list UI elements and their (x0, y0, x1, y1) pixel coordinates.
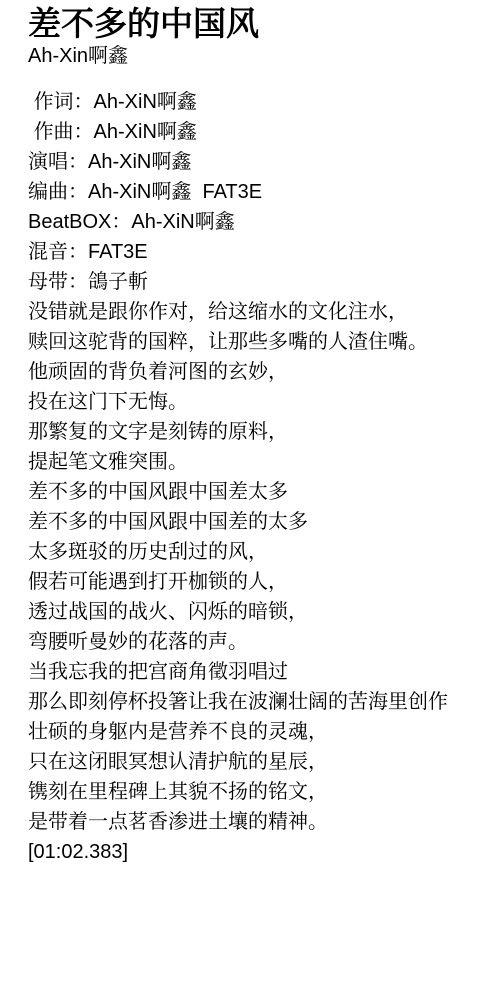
lyric-line: 母带：鴿子斬 (28, 267, 480, 297)
lyric-line: 作词：Ah-XiN啊鑫 (28, 87, 480, 117)
lyric-line: 是带着一点茗香渗进土壤的精神。 (28, 807, 480, 837)
lyric-line: 当我忘我的把宫商角徵羽唱过 (28, 657, 480, 687)
lyric-line: 编曲：Ah-XiN啊鑫 FAT3E (28, 177, 480, 207)
lyric-line: 弯腰听曼妙的花落的声。 (28, 627, 480, 657)
lyric-line: 透过战国的战火、闪烁的暗锁， (28, 597, 480, 627)
lyric-line: 太多斑驳的历史刮过的风， (28, 537, 480, 567)
lyric-line: BeatBOX：Ah-XiN啊鑫 (28, 207, 480, 237)
lyric-line: 混音：FAT3E (28, 237, 480, 267)
lyric-line: 赎回这驼背的国粹，让那些多嘴的人渣住嘴。 (28, 327, 480, 357)
lyric-line: 只在这闭眼冥想认清护航的星辰， (28, 747, 480, 777)
lyric-line: 提起笔文雅突围。 (28, 447, 480, 477)
lyric-line: 作曲：Ah-XiN啊鑫 (28, 117, 480, 147)
lyric-line: 差不多的中国风跟中国差太多 (28, 477, 480, 507)
artist-name: Ah-Xin啊鑫 (28, 44, 480, 68)
lyric-line: 壮硕的身躯内是营养不良的灵魂， (28, 717, 480, 747)
lyric-line: 镌刻在里程碑上其貌不扬的铭文， (28, 777, 480, 807)
lyric-line: 差不多的中国风跟中国差的太多 (28, 507, 480, 537)
lyric-line: [01:02.383] (28, 837, 480, 867)
lyric-line: 假若可能遇到打开枷锁的人， (28, 567, 480, 597)
lyrics-body: 作词：Ah-XiN啊鑫 作曲：Ah-XiN啊鑫 演唱：Ah-XiN啊鑫 编曲：A… (28, 87, 480, 867)
lyric-line: 那繁复的文字是刻铸的原料， (28, 417, 480, 447)
lyric-line: 没错就是跟你作对，给这缩水的文化注水， (28, 297, 480, 327)
lyric-line: 投在这门下无悔。 (28, 387, 480, 417)
lyric-line: 他顽固的背负着河图的玄妙， (28, 357, 480, 387)
lyric-line: 那么即刻停杯投箸让我在波澜壮阔的苦海里创作 (28, 687, 480, 717)
song-title: 差不多的中国风 (28, 5, 480, 42)
lyrics-page: 差不多的中国风 Ah-Xin啊鑫 作词：Ah-XiN啊鑫 作曲：Ah-XiN啊鑫… (0, 0, 500, 1000)
lyric-line: 演唱：Ah-XiN啊鑫 (28, 147, 480, 177)
